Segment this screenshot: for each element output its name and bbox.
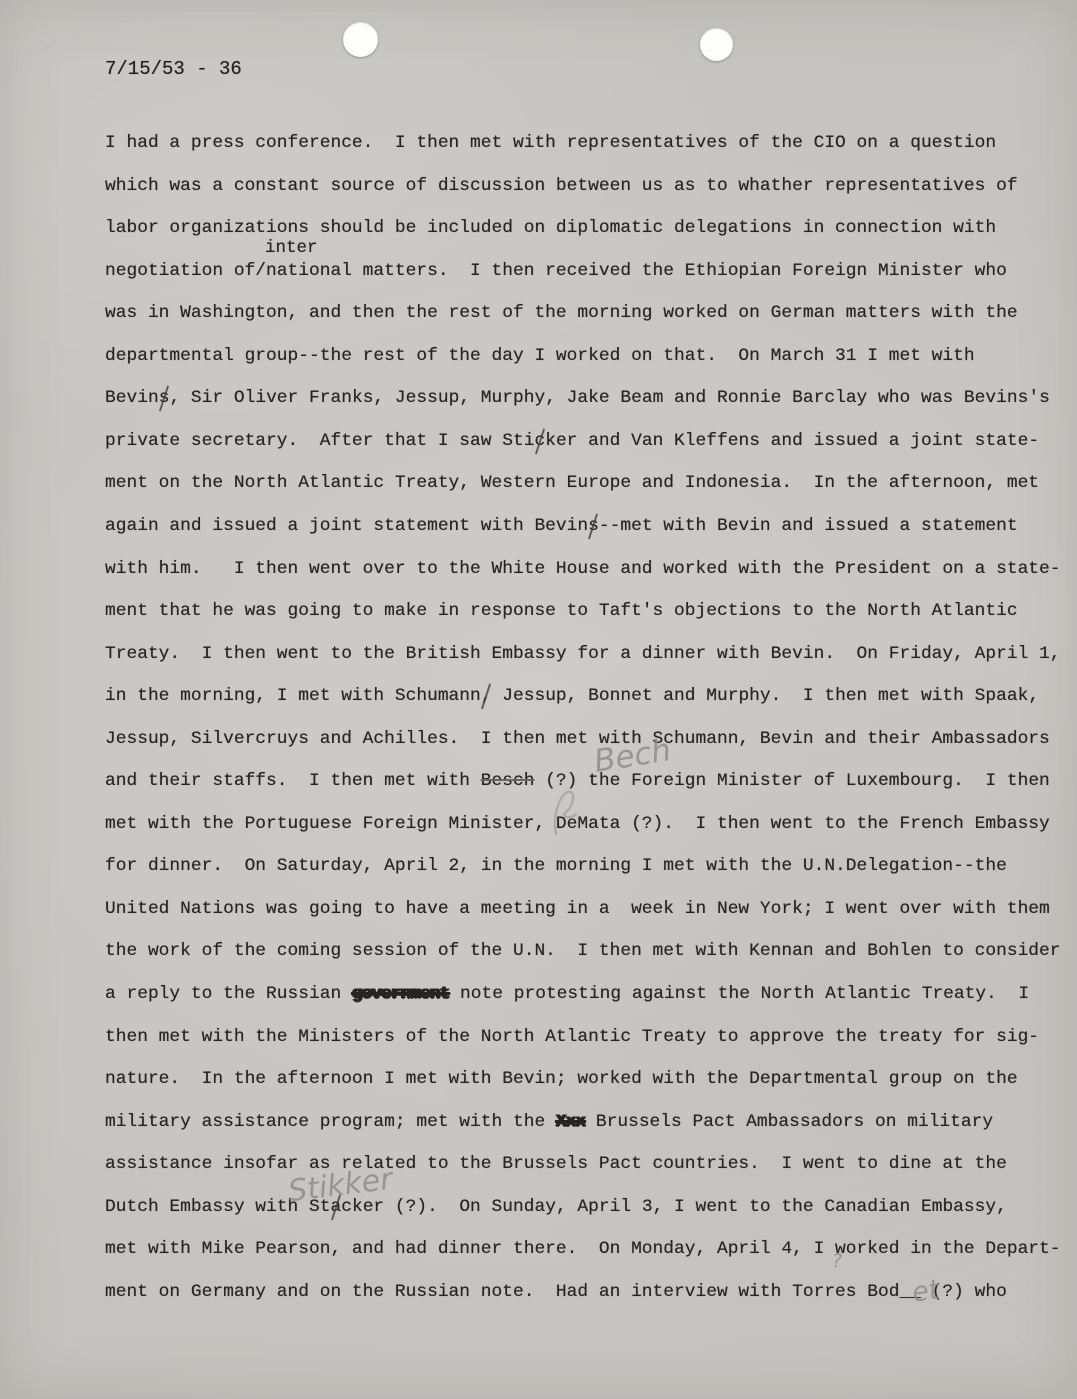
typed-line: met with Mike Pearson, and had dinner th… (105, 1239, 1061, 1259)
typed-segment: was in Washington, and then the rest of … (105, 303, 1018, 323)
typed-segment: nature. In the afternoon I met with Bevi… (105, 1069, 1018, 1089)
typed-segment: I had a press conference. I then met wit… (105, 133, 996, 153)
typed-line: which was a constant source of discussio… (105, 176, 1018, 196)
typed-segment-sl: s (159, 388, 170, 408)
typed-segment: met with Mike Pearson, and had dinner th… (105, 1239, 1061, 1259)
typed-segment: , Sir Oliver Franks, Jessup, Murphy, Jak… (169, 388, 1049, 408)
typed-line: in the morning, I met with Schumann, Jes… (105, 686, 1039, 706)
typed-line: private secretary. After that I saw Stic… (105, 431, 1039, 451)
typed-line: ment on Germany and on the Russian note.… (105, 1282, 1007, 1302)
typed-segment: departmental group--the rest of the day … (105, 346, 975, 366)
punch-hole (343, 22, 378, 57)
typed-line: military assistance program; met with th… (105, 1112, 993, 1132)
typed-line: Jessup, Silvercruys and Achilles. I then… (105, 729, 1050, 749)
punch-hole (700, 28, 733, 61)
typed-segment: Jessup, Silvercruys and Achilles. I then… (105, 729, 1050, 749)
typed-line: Dutch Embassy with Stacker (?). On Sunda… (105, 1197, 1007, 1217)
typed-line: the work of the coming session of the U.… (105, 941, 1061, 961)
typed-line: Bevins, Sir Oliver Franks, Jessup, Murph… (105, 388, 1050, 408)
typed-segment: note protesting against the North Atlant… (449, 984, 1029, 1004)
page-date-header: 7/15/53 - 36 (105, 58, 242, 80)
typed-segment: --met with Bevin and issued a statement (599, 516, 1018, 536)
typed-segment: a reply to the Russian (105, 984, 352, 1004)
typed-segment: Jessup, Bonnet and Murphy. I then met wi… (492, 686, 1040, 706)
typed-line: a reply to the Russian government note p… (105, 984, 1029, 1004)
typed-segment: assistance insofar as related to the Bru… (105, 1154, 1007, 1174)
pencil-note-et: et (910, 1274, 941, 1308)
typed-segment: private secretary. After that I saw Sti (105, 431, 534, 451)
typed-line: for dinner. On Saturday, April 2, in the… (105, 856, 1007, 876)
typed-line: ment that he was going to make in respon… (105, 601, 1018, 621)
pencil-squiggle-icon (546, 786, 588, 838)
typed-segment: with him. I then went over to the White … (105, 559, 1061, 579)
typed-segment: again and issued a joint statement with … (105, 516, 588, 536)
typed-line: nature. In the afternoon I met with Bevi… (105, 1069, 1018, 1089)
typed-segment-sl: c (534, 431, 545, 451)
typed-segment: ker and Van Kleffens and issued a joint … (545, 431, 1039, 451)
typed-segment: the work of the coming session of the U.… (105, 941, 1061, 961)
typed-segment: Brussels Pact Ambassadors on military (585, 1112, 993, 1132)
typed-line: United Nations was going to have a meeti… (105, 899, 1050, 919)
typed-line: assistance insofar as related to the Bru… (105, 1154, 1007, 1174)
typed-line: again and issued a joint statement with … (105, 516, 1018, 536)
typed-segment: labor organizations should be included o… (105, 218, 996, 238)
typed-line: Treaty. I then went to the British Embas… (105, 644, 1061, 664)
typed-segment: ment that he was going to make in respon… (105, 601, 1018, 621)
typed-segment-sl: s (588, 516, 599, 536)
typed-segment: then met with the Ministers of the North… (105, 1027, 1039, 1047)
typed-segment: which was a constant source of discussio… (105, 176, 1018, 196)
typed-insertion: inter (265, 238, 318, 258)
typed-segment: for dinner. On Saturday, April 2, in the… (105, 856, 1007, 876)
typed-segment: cker (?). On Sunday, April 3, I went to … (341, 1197, 1007, 1217)
typed-segment: negotiation of/national matters. I then … (105, 261, 1007, 281)
typed-line: I had a press conference. I then met wit… (105, 133, 996, 153)
typed-segment: and their staffs. I then met with (105, 771, 481, 791)
typed-segment-sl: , (481, 686, 492, 706)
typed-line: then met with the Ministers of the North… (105, 1027, 1039, 1047)
typed-segment-xo: government (352, 984, 449, 1004)
typed-segment: military assistance program; met with th… (105, 1112, 556, 1132)
typed-segment: Treaty. I then went to the British Embas… (105, 644, 1061, 664)
typed-segment: ment on Germany and on the Russian note.… (105, 1282, 1007, 1302)
typed-segment-ps: Besch (481, 771, 535, 791)
typed-segment: United Nations was going to have a meeti… (105, 899, 1050, 919)
typed-segment: ment on the North Atlantic Treaty, Weste… (105, 473, 1039, 493)
typed-segment: Bevin (105, 388, 159, 408)
typed-segment-xo: Xxx (556, 1112, 585, 1132)
typed-line: labor organizations should be included o… (105, 218, 996, 238)
typed-line: with him. I then went over to the White … (105, 559, 1061, 579)
typed-line: departmental group--the rest of the day … (105, 346, 975, 366)
typed-line: was in Washington, and then the rest of … (105, 303, 1018, 323)
typed-line: ment on the North Atlantic Treaty, Weste… (105, 473, 1039, 493)
typed-segment: in the morning, I met with Schumann (105, 686, 481, 706)
pencil-note-question: ? (832, 1250, 842, 1272)
typed-line: negotiation of/national matters. I then … (105, 261, 1007, 281)
